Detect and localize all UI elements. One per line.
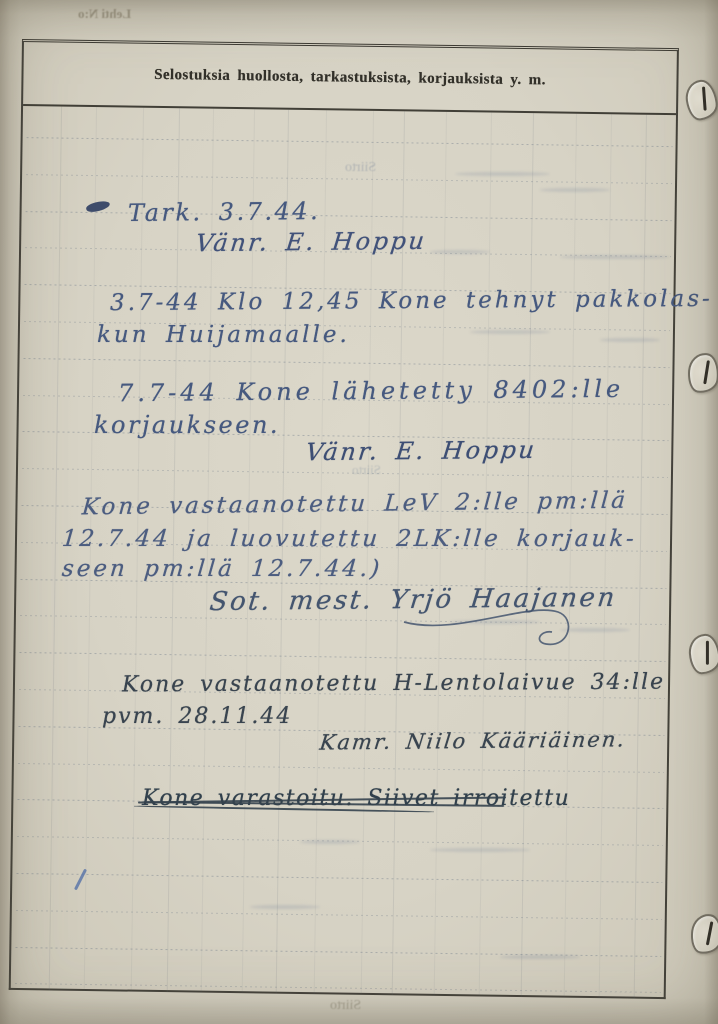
column-line: [49, 107, 62, 991]
entry-line: 12.7.44 ja luovutettu 2LK:lle korjauk-: [61, 526, 638, 552]
entry-line: 3.7-44 Klo 12,45 Kone tehnyt pakkolas-: [110, 286, 713, 316]
entry-line: pvm. 28.11.44: [102, 704, 292, 729]
signature-line: Sot. mest. Yrjö Haajanen: [208, 583, 618, 617]
signature-line: Kamr. Niilo Kääriäinen.: [318, 727, 627, 754]
binder-hole: [689, 912, 718, 955]
column-line: [634, 115, 647, 999]
entry-line: Kone vastaanotettu H-Lentolaivue 34:lle: [122, 670, 665, 698]
column-line: [599, 114, 612, 998]
signature-line: Vänr. E. Hoppu: [304, 436, 538, 466]
entry-line: seen pm:llä 12.7.44.): [61, 556, 384, 582]
signature-line: Vänr. E. Hoppu: [194, 227, 428, 257]
binder-hole-slot: [703, 360, 710, 384]
binder-hole-slot: [706, 921, 714, 945]
entry-line: kun Huijamaalle.: [97, 322, 350, 348]
binder-hole: [688, 633, 718, 675]
bleedthrough-text-top: Lehti N:o: [78, 6, 131, 22]
entry-line: Tark. 3.7.44.: [128, 197, 320, 227]
bleedthrough-text-bottom: Siirto: [330, 998, 361, 1014]
page-header-band: Selostuksia huollosta, tarkastuksista, k…: [23, 42, 677, 115]
binder-hole: [683, 78, 718, 122]
page-title: Selostuksia huollosta, tarkastuksista, k…: [154, 66, 546, 88]
scanned-logbook-page: Lehti N:o Siirto Siirto Siirto Selostuks…: [0, 0, 718, 1024]
entry-line: 7.7-44 Kone lähetetty 8402:lle: [118, 375, 624, 407]
binder-hole-slot: [702, 87, 707, 111]
binder-hole: [686, 352, 718, 395]
column-line: [521, 113, 534, 997]
column-line: [434, 112, 447, 996]
column-line: [564, 114, 577, 998]
column-line: [479, 113, 492, 997]
binder-hole-slot: [706, 641, 709, 665]
entry-line: korjaukseen.: [94, 411, 280, 439]
struck-entry: Kone varastoitu. Siivet irroitettu: [142, 786, 512, 820]
